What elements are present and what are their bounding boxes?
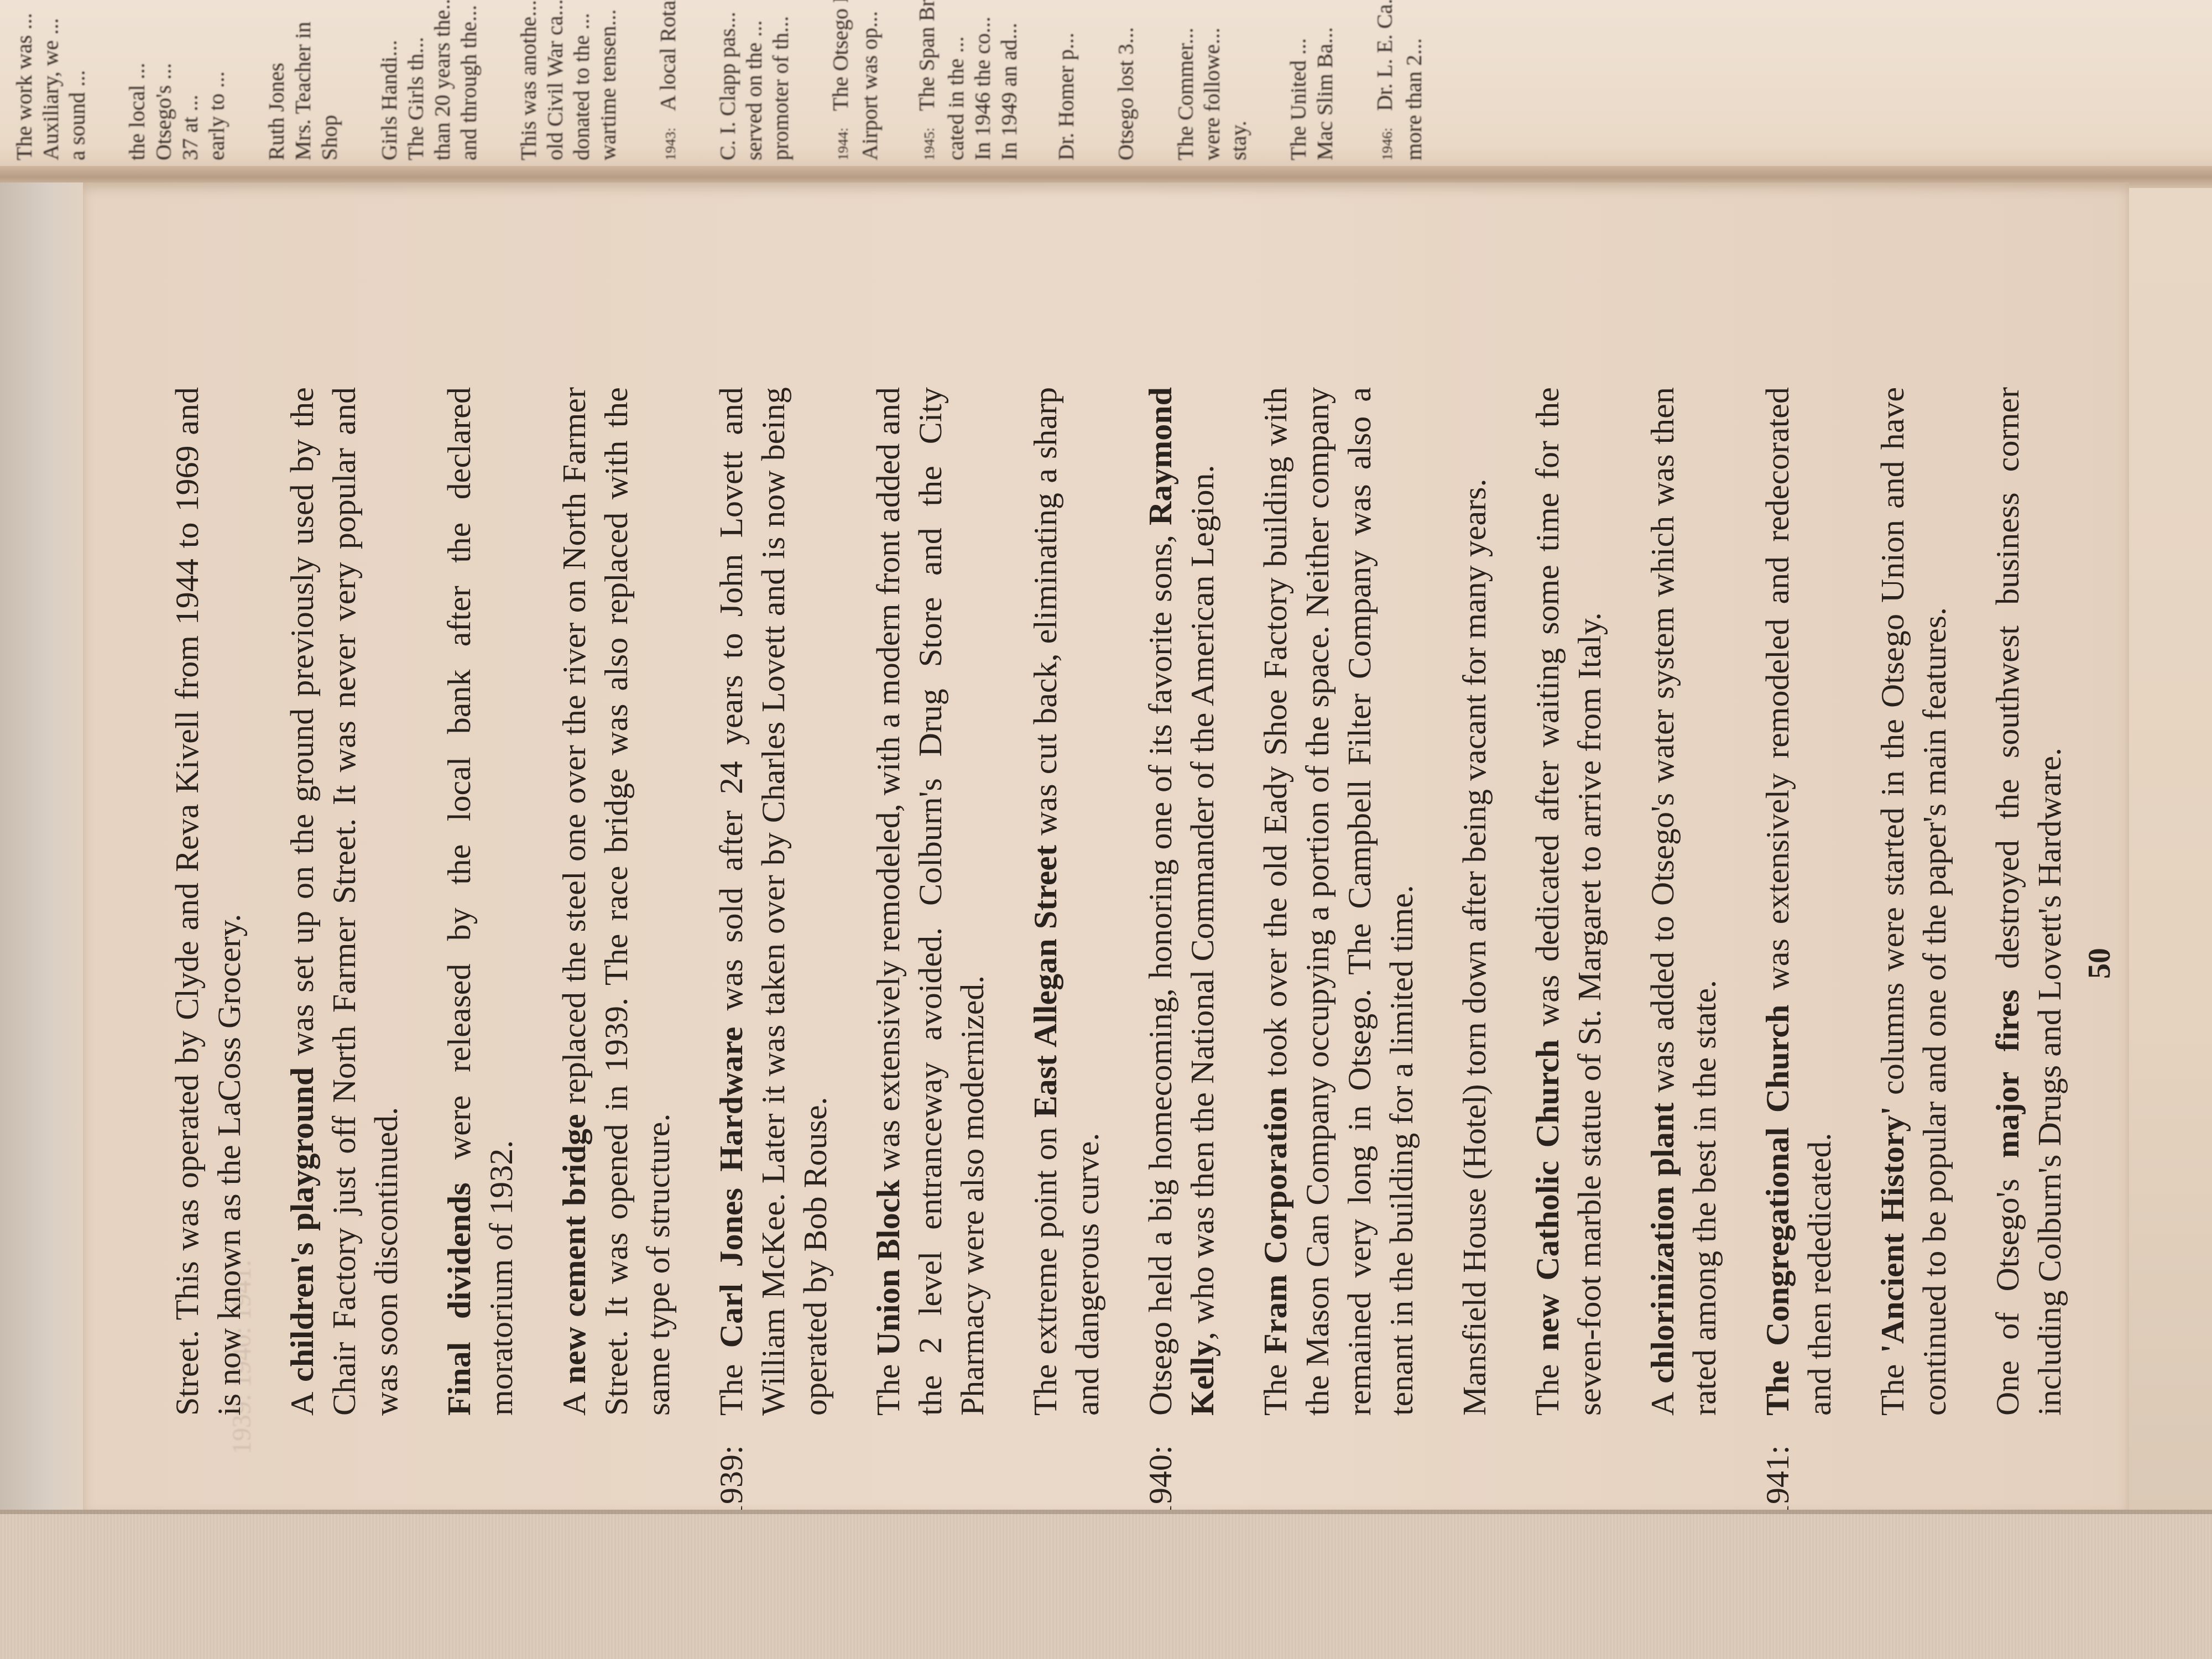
entry-highlight: Final dividends xyxy=(441,1182,477,1416)
facing-text-line: were followe... xyxy=(1199,28,1225,160)
entry-text: One of Otsego's xyxy=(1989,1158,2026,1416)
facing-text-line: a sound ... xyxy=(64,13,91,160)
entry-highlight: Union Block xyxy=(870,1180,906,1355)
facing-text-line: The Commer... xyxy=(1172,28,1199,160)
history-entry: The new Catholic Church was dedicated af… xyxy=(1526,387,1610,1521)
entry-highlight: new cement bridge xyxy=(556,1114,592,1384)
history-entry: Mansfield House (Hotel) torn down after … xyxy=(1453,387,1495,1521)
facing-page-fragment: 1946:Dr. L. E. Ca...more than 2... xyxy=(1371,0,1427,160)
facing-text-line: early to ... xyxy=(204,62,230,160)
history-entry: 1941:The Congregational Church was exten… xyxy=(1756,387,1840,1521)
history-entry: The Fram Corporation took over the old E… xyxy=(1254,387,1422,1521)
facing-text-line: old Civil War ca... xyxy=(542,0,568,160)
entry-text: , who was then the National Commander of… xyxy=(1184,465,1220,1340)
history-entry: Final dividends were released by the loc… xyxy=(438,387,522,1521)
entry-highlight: major fires xyxy=(1989,989,2026,1158)
facing-page-fragment: The Commer...were followe...stay. xyxy=(1172,28,1252,160)
facing-entry-year: 1945: xyxy=(921,128,937,160)
page-number: 50 xyxy=(2082,948,2117,979)
history-entry: The Union Block was extensively remodele… xyxy=(867,387,993,1521)
facing-text-line: served on the ... xyxy=(741,12,768,160)
history-entry: The extreme point on East Allegan Street… xyxy=(1024,387,1108,1521)
photo-scene: The work was ...Auxiliary, we ...a sound… xyxy=(0,0,2212,1659)
facing-entry-year: 1944: xyxy=(835,128,851,160)
facing-text-line: cated in the ... xyxy=(943,0,969,160)
facing-text-line: wartime tensen... xyxy=(595,0,622,160)
history-entry: One of Otsego's major fires destroyed th… xyxy=(1986,387,2070,1521)
entry-text: Mansfield House (Hotel) torn down after … xyxy=(1456,479,1493,1416)
facing-text-line: donated to the ... xyxy=(568,0,595,160)
facing-page-fragment: 1943:A local Rotary C... xyxy=(655,0,684,160)
entry-highlight: The Congregational Church xyxy=(1759,1005,1796,1416)
facing-text-line: The Girls th... xyxy=(403,0,429,160)
facing-text-line: Mac Slim Ba... xyxy=(1312,27,1338,160)
facing-text-line: Mrs. Teacher in xyxy=(290,22,316,160)
page-text-body: Street. This was operated by Clyde and R… xyxy=(166,387,2101,1521)
entry-text: The xyxy=(713,1348,749,1416)
page-edge-stack-bottom xyxy=(0,1510,2212,1659)
book-page: 1939: 1940: 1941: Street. This was opera… xyxy=(83,182,2129,1510)
facing-page-fragment: Ruth JonesMrs. Teacher inShop xyxy=(263,22,343,160)
facing-page-fragment: the local ...Otsego's ...37 at ...early … xyxy=(124,62,230,160)
entry-highlight: children's playground xyxy=(284,1067,320,1382)
facing-text-line: Dr. L. E. Ca... xyxy=(1372,0,1397,111)
entry-text: Otsego held a big homecoming, honoring o… xyxy=(1142,525,1178,1416)
facing-page: The work was ...Auxiliary, we ...a sound… xyxy=(0,0,2212,182)
facing-page-fragment: Dr. Homer p... xyxy=(1053,33,1079,160)
facing-text-line: Otsego lost 3... xyxy=(1113,27,1139,160)
facing-text-line: the local ... xyxy=(124,62,150,160)
facing-page-fragment: 1944:The Otsego F...Airport was op... xyxy=(827,0,883,160)
entry-text: A xyxy=(556,1384,592,1416)
facing-text-line: than 20 years the... xyxy=(429,0,456,160)
facing-text-line: Girls Handi... xyxy=(376,0,403,160)
history-entry: The 'Ancient History' columns were start… xyxy=(1871,387,1955,1521)
facing-page-fragment: This was anothe...old Civil War ca...don… xyxy=(515,0,622,160)
facing-text-line: The Span Bra... xyxy=(914,0,939,111)
facing-text-line: Shop xyxy=(316,22,343,160)
history-entry: 1939:The Carl Jones Hardware was sold af… xyxy=(710,387,836,1521)
facing-page-fragment: 1945:The Span Bra...cated in the ...In 1… xyxy=(914,0,1022,160)
entry-text: The extreme point on xyxy=(1027,1118,1063,1416)
facing-page-fragment: The United ...Mac Slim Ba... xyxy=(1285,27,1338,160)
facing-text-line: 37 at ... xyxy=(177,62,204,160)
history-entry: 1940:Otsego held a big homecoming, honor… xyxy=(1139,387,1223,1521)
entry-text: A xyxy=(284,1382,320,1416)
page-edge-stack-left xyxy=(0,182,83,1510)
facing-text-line: In 1949 an ad... xyxy=(996,0,1022,160)
entry-text: The xyxy=(1529,1351,1566,1416)
facing-page-fragment: The work was ...Auxiliary, we ...a sound… xyxy=(11,13,91,160)
facing-text-line: A local Rotary C... xyxy=(655,0,680,111)
facing-entry-year: 1946: xyxy=(1379,128,1395,160)
entry-highlight: new Catholic Church xyxy=(1529,1040,1566,1351)
facing-text-line: promoter of th... xyxy=(768,12,794,160)
entry-highlight: chlorinization plant xyxy=(1644,1103,1681,1384)
facing-text-line: Dr. Homer p... xyxy=(1053,33,1079,160)
entry-highlight: Fram Corporation xyxy=(1257,1087,1293,1354)
entry-text: Street. This was operated by Clyde and R… xyxy=(169,387,247,1416)
entry-highlight: 'Ancient History' xyxy=(1874,1106,1911,1353)
entry-text: A xyxy=(1644,1384,1681,1416)
facing-text-line: The United ... xyxy=(1285,27,1312,160)
facing-text-line: Auxiliary, we ... xyxy=(38,13,64,160)
history-entry: A chlorinization plant was added to Otse… xyxy=(1641,387,1725,1521)
facing-text-line: Otsego's ... xyxy=(150,62,177,160)
facing-text-line: more than 2... xyxy=(1401,0,1427,160)
entry-text: The xyxy=(870,1356,906,1416)
entry-highlight: Carl Jones Hardware xyxy=(713,1027,749,1348)
entry-text: The xyxy=(1874,1353,1911,1416)
facing-entry-year: 1943: xyxy=(662,128,679,160)
facing-page-fragment: Girls Handi...The Girls th...than 20 yea… xyxy=(376,0,482,160)
facing-text-line: Airport was op... xyxy=(857,0,883,160)
facing-text-line: In 1946 the co... xyxy=(969,0,996,160)
facing-text-line: The work was ... xyxy=(11,13,38,160)
facing-page-fragment: Otsego lost 3... xyxy=(1113,27,1139,160)
entry-text: The xyxy=(1257,1354,1293,1416)
facing-text-line: The Otsego F... xyxy=(828,0,853,111)
facing-text-line: Ruth Jones xyxy=(263,22,290,160)
facing-text-line: stay. xyxy=(1225,28,1252,160)
entry-highlight: East Allegan Street xyxy=(1027,845,1063,1118)
history-entry: Street. This was operated by Clyde and R… xyxy=(166,387,250,1521)
facing-text-line: and through the... xyxy=(456,0,482,160)
facing-text-line: C. I. Clapp pas... xyxy=(714,12,741,160)
history-entry: A new cement bridge replaced the steel o… xyxy=(553,387,679,1521)
facing-text-line: This was anothe... xyxy=(515,0,542,160)
history-entry: A children's playground was set up on th… xyxy=(281,387,407,1521)
facing-page-fragment: C. I. Clapp pas...served on the ...promo… xyxy=(714,12,794,160)
